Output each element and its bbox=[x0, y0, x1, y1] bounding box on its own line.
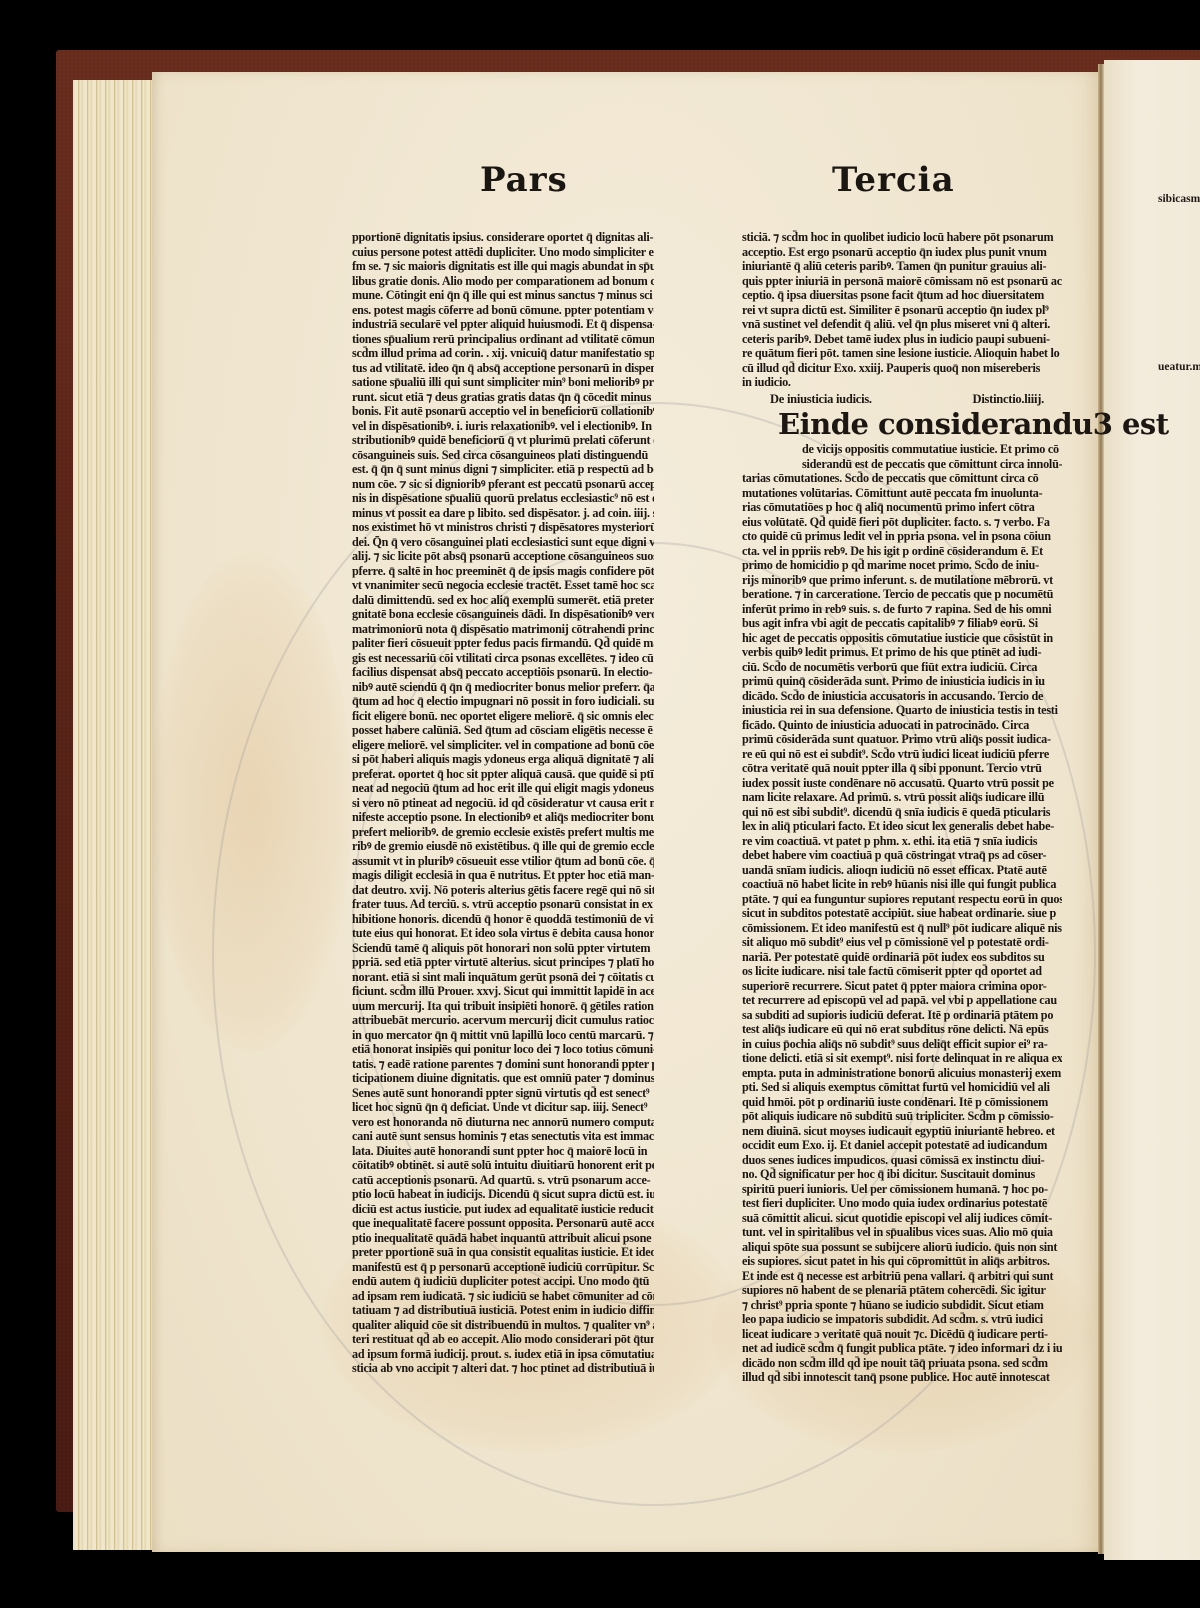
text-line: mune. Cōtingit eni q̄n q̄ ille qui est m… bbox=[352, 288, 654, 303]
text-line: eis supiores. sicut patet in his qui cōp… bbox=[742, 1254, 1062, 1269]
next-page-fragment: sibicasmit⁊ tecanead hctaspellfcz vintef… bbox=[1104, 60, 1200, 1560]
text-line: Senes autē sunt honorandi ppter signū vi… bbox=[352, 1086, 654, 1101]
text-line: tarias cōmutationes. Scd̄o de peccatis q… bbox=[742, 471, 1062, 486]
text-line: Et inde est q̄ necesse est arbitriū pena… bbox=[742, 1269, 1062, 1284]
text-line: etiā honorat insipiēs qui ponitur loco d… bbox=[352, 1042, 654, 1057]
text-line: supiores nō habent de se plenariā ptātem… bbox=[742, 1283, 1062, 1298]
text-line: dei. Q̄n q̄ vero cōsanguinei plati eccle… bbox=[352, 535, 654, 550]
text-line: net ad iudicē scd̄m q̄ fungit publica pt… bbox=[742, 1341, 1062, 1356]
text-line: minus vt possit ea dare p libito. sed di… bbox=[352, 506, 654, 521]
text-line: leo papa iudicio se impatoris subdidit. … bbox=[742, 1312, 1062, 1327]
text-line: tute eius qui honorat. Et ideo sola virt… bbox=[352, 926, 654, 941]
text-line: gis est necessariū cōi vtilitati circa p… bbox=[352, 651, 654, 666]
text-column-right: sticiā. ⁊ scd̄m hoc in quolibet iudicio … bbox=[742, 230, 1062, 1385]
text-line: preferat. oportet q̄ hoc sit ppter aliqu… bbox=[352, 767, 654, 782]
text-line: re eū qui nō est ei subdit⁹. Scd̄o vtrū … bbox=[742, 747, 1062, 762]
text-line: attribuebāt mercurio. acervum mercurij d… bbox=[352, 1013, 654, 1028]
text-line: siderandū est de peccatis que cōmittunt … bbox=[802, 457, 1062, 472]
running-head-left: Pars bbox=[480, 160, 568, 200]
text-line: empta. puta in administratione bonorū al… bbox=[742, 1066, 1062, 1081]
text-line: bus agit infra vbi agit de peccatis capi… bbox=[742, 616, 1062, 631]
text-line: cū illud qd̄ dicitur Exo. xxiij. Pauperi… bbox=[742, 361, 1062, 376]
text-line: hibitione honoris. dicendū q̄ honor ē qu… bbox=[352, 912, 654, 927]
text-line: quis ppter iniuriā in personā maiorē cōm… bbox=[742, 274, 1062, 289]
text-line: ptio inequalitatē quādā habet inquantū a… bbox=[352, 1231, 654, 1246]
text-line: dat deutro. xvij. Nō poteris alterius gē… bbox=[352, 883, 654, 898]
text-line: acceptio. Est ergo psonarū acceptio q̄n … bbox=[742, 245, 1062, 260]
text-line: industriā secularē vel ppter aliquid hui… bbox=[352, 317, 654, 332]
text-line: uum mercurij. Ita qui tribuit insipiēti … bbox=[352, 999, 654, 1014]
text-line: pferre. q̄ saltē in hoc preeminēt q̄ de … bbox=[352, 564, 654, 579]
text-line: test aliq̄s iudicare eū qui nō erat subd… bbox=[742, 1022, 1062, 1037]
text-line: mit bbox=[1191, 193, 1200, 205]
text-line: mutationes volūtarias. Cōmittunt autē pe… bbox=[742, 486, 1062, 501]
text-line: bonis. Fit autē psonarū acceptio vel in … bbox=[352, 404, 654, 419]
text-line: vnā sustinet vel defendit q̄ aliū. vel q… bbox=[742, 317, 1062, 332]
text-line: ueatur. bbox=[1158, 361, 1192, 373]
text-line: cōtra veritatē quā nouit ppter illa q̄ s… bbox=[742, 761, 1062, 776]
text-line: neat ad negociū q̄tum ad hoc erit ille q… bbox=[352, 781, 654, 796]
text-line: scd̄m illud prima ad corin. . xij. vnicu… bbox=[352, 346, 654, 361]
text-line: si pōt haberi aliquis magis ydoneus erga… bbox=[352, 752, 654, 767]
text-line: inferūt primo in rebꝰ suis. s. de furto … bbox=[742, 602, 1062, 617]
text-line: ad ipsum formā iudicij. prout. s. iudex … bbox=[352, 1347, 654, 1362]
text-line: debet habere vim coactiuā p quā cōstring… bbox=[742, 848, 1062, 863]
text-line: tatis. ⁊ eadē ratione parentes ⁊ domini … bbox=[352, 1057, 654, 1072]
text-line: sibi bbox=[1158, 193, 1175, 205]
text-line: ceteris paribꝰ. Debet tamē iudex plus in… bbox=[742, 332, 1062, 347]
text-line: iudex possit iuste condēnare nō accusatū… bbox=[742, 776, 1062, 791]
text-line: que inequalitatē facere possunt opposita… bbox=[352, 1216, 654, 1231]
text-line: ceptio. q̄ ipsa diuersitas psone facit q… bbox=[742, 288, 1062, 303]
text-line: tus ad vtilitatē. ideo q̄n q̄ absq̄ acce… bbox=[352, 361, 654, 376]
text-line: primo de homicidio p qd̄ marime nocet pr… bbox=[742, 558, 1062, 573]
text-line: sa subditi ad supioris iudiciū deferat. … bbox=[742, 1008, 1062, 1023]
text-line: ciū. Scd̄o de nocumētis verborū que fiūt… bbox=[742, 660, 1062, 675]
text-line: coactiuā nō habet licite in rebꝰ hūanis … bbox=[742, 877, 1062, 892]
text-line: posset habere calūniā. Sed q̄tum ad cōsc… bbox=[352, 723, 654, 738]
text-line: matrimoniorū nota q̄ dispēsatio matrimon… bbox=[352, 622, 654, 637]
text-line: ens. potest magis cōferre ad bonū cōmune… bbox=[352, 303, 654, 318]
text-line: superiorē recurrere. Sicut patet q̄ ppte… bbox=[742, 979, 1062, 994]
text-line: quid hmōi. pōt p ordinariū iuste condēna… bbox=[742, 1095, 1062, 1110]
chapter-subheading: De iniusticia iudicis. Distinctio.liiij. bbox=[742, 392, 1062, 407]
text-line: in iudicio. bbox=[742, 375, 1062, 390]
text-line: tet recurrere ad episcopū vel ad papā. v… bbox=[742, 993, 1062, 1008]
text-line: pōt aliquis iudicare nō subditū suū trip… bbox=[742, 1109, 1062, 1124]
book-photograph: sibicasmit⁊ tecanead hctaspellfcz vintef… bbox=[0, 0, 1200, 1608]
text-line: pti. Sed si aliquis exemptus cōmittat fu… bbox=[742, 1080, 1062, 1095]
text-line: ptio locū habeat in iudicijs. Dicendū q̄… bbox=[352, 1187, 654, 1202]
text-line: nariā. Per potestatē quidē ordinariā pōt… bbox=[742, 950, 1062, 965]
next-page-text: sibicasmit⁊ tecanead hctaspellfcz vintef… bbox=[1158, 192, 1200, 374]
text-line: ⁊ christ⁹ ppria sponte ⁊ hūano se iudici… bbox=[742, 1298, 1062, 1313]
text-line: dicādo non scd̄m illd qd̄ ipe nouit tāq̄… bbox=[742, 1356, 1062, 1371]
text-line: no. Qd̄ significatur per hoc q̄ ibi dici… bbox=[742, 1167, 1062, 1182]
text-line: satione sp̄ualiū illi qui sunt simplicit… bbox=[352, 375, 654, 390]
text-line: tunt. vel in spiritalibus vel in sp̄uali… bbox=[742, 1225, 1062, 1240]
text-line: manifestū est q̄ p personarū acceptionē … bbox=[352, 1260, 654, 1275]
text-line: ticipationem diuine dignitatis. que est … bbox=[352, 1071, 654, 1086]
text-line: vel in dispēsationibꝰ. i. iuris relaxati… bbox=[352, 419, 654, 434]
text-line: libus gratie donis. Alio modo per compar… bbox=[352, 274, 654, 289]
text-line: sticia ab vno accipit ⁊ alteri dat. ⁊ ho… bbox=[352, 1361, 654, 1376]
text-line: diciū est actus iusticie. put iudex ad e… bbox=[352, 1202, 654, 1217]
text-line: illud qd̄ sibi innotescit tanq̄ psone pu… bbox=[742, 1370, 1062, 1385]
text-line: cto quidē cū primus ledit vel in ppria p… bbox=[742, 529, 1062, 544]
text-line: sticiā. ⁊ scd̄m hoc in quolibet iudicio … bbox=[742, 230, 1062, 245]
text-line: hic aget de peccatis oppositis cōmutatiu… bbox=[742, 631, 1062, 646]
text-line: de vicijs oppositis commutatiue iusticie… bbox=[802, 442, 1062, 457]
text-line: eius volūtatē. Qd̄ quidē fieri pōt dupli… bbox=[742, 515, 1062, 530]
text-line: preter pportionē suā in qua consistit eq… bbox=[352, 1245, 654, 1260]
text-line: in quo mercator q̄n q̄ mittit vnū lapill… bbox=[352, 1028, 654, 1043]
text-line: rias cōmutatiōes p hoc q̄ aliq̄ nocument… bbox=[742, 500, 1062, 515]
text-line: iniusticia rei in sua defensione. Quarto… bbox=[742, 703, 1062, 718]
text-line: spiritū pueri iunioris. Uel per cōmissio… bbox=[742, 1182, 1062, 1197]
text-line: magis diligit ecclesiā in qua ē nutritus… bbox=[352, 868, 654, 883]
text-line: fm se. ⁊ sic maioris dignitatis est ille… bbox=[352, 259, 654, 274]
text-line: sicut in subditos potestatē accipiūt. si… bbox=[742, 906, 1062, 921]
text-line: num cōe. ⁊ sic si dignioribꝰ pferant est… bbox=[352, 477, 654, 492]
text-line: occidit eum Exo. ij. Et daniel accepit p… bbox=[742, 1138, 1062, 1153]
text-line: primū quinq̄ cōsiderāda sunt. Primo de i… bbox=[742, 674, 1062, 689]
text-line: test fieri dupliciter. Uno modo quia iud… bbox=[742, 1196, 1062, 1211]
text-line: tiones sp̄ualium rerū principalius ordin… bbox=[352, 332, 654, 347]
running-head-right: Tercia bbox=[832, 160, 955, 200]
text-line: ad ipsam rem iudicatā. ⁊ sic iudiciū se … bbox=[352, 1289, 654, 1304]
subheading-title: De iniusticia iudicis. bbox=[770, 392, 872, 407]
text-line: vt vnanimiter secū negocia ecclesie trac… bbox=[352, 578, 654, 593]
text-line: alij. ⁊ sic licite pōt absq̄ psonarū acc… bbox=[352, 549, 654, 564]
text-line: runt. sicut etiā ⁊ deus gratias gratis d… bbox=[352, 390, 654, 405]
text-line: modo fi bbox=[1192, 361, 1200, 373]
text-line: rei vt supra dictū est. Similiter ē pson… bbox=[742, 303, 1062, 318]
text-line: nis in dispēsatione sp̄ualiū quorū prela… bbox=[352, 491, 654, 506]
text-line: facilius dispensat absq̄ peccato accepti… bbox=[352, 665, 654, 680]
text-line: nifeste acceptio psone. In electionibꝰ e… bbox=[352, 810, 654, 825]
text-line: cōitatibꝰ obtinēt. si autē solū intuitu … bbox=[352, 1158, 654, 1173]
text-line: nam licite relaxare. Ad primū. s. vtrū p… bbox=[742, 790, 1062, 805]
text-line: tione delicti. etiā si sit exempt⁹. nisi… bbox=[742, 1051, 1062, 1066]
text-line: ribꝰ de gremio eiusdē nō existētibus. q̄… bbox=[352, 839, 654, 854]
text-line: ppriā. sed etiā ppter virtutē alterius. … bbox=[352, 955, 654, 970]
text-column-left: pportionē dignitatis ipsius. considerare… bbox=[352, 230, 654, 1376]
text-line: duos senes iudices impudicos. quasi cōmi… bbox=[742, 1153, 1062, 1168]
text-line: tatiuam ⁊ ad distributiuā iusticiā. Pote… bbox=[352, 1303, 654, 1318]
text-line: frater tuus. Ad terciū. s. vtrū acceptio… bbox=[352, 897, 654, 912]
text-line: endū autem q̄ iudiciū dupliciter potest … bbox=[352, 1274, 654, 1289]
text-line: cani autē sunt sensus hominis ⁊ etas sen… bbox=[352, 1129, 654, 1144]
text-line: nos existimet hō vt ministros christi ⁊ … bbox=[352, 520, 654, 535]
text-line: nem diuinā. sicut moyses iudicauit egypt… bbox=[742, 1124, 1062, 1139]
text-line: paliter fieri cōsueuit ppter fedus pacis… bbox=[352, 636, 654, 651]
text-line: vero est honoranda nō diuturna nec annor… bbox=[352, 1115, 654, 1130]
text-line: catū acceptionis psonarū. Ad quartū. s. … bbox=[352, 1173, 654, 1188]
text-line: prefert melioribꝰ. de gremio ecclesie ex… bbox=[352, 825, 654, 840]
text-line: cas bbox=[1175, 193, 1190, 205]
text-line: re quātum fieri pōt. tamen sine lesione … bbox=[742, 346, 1062, 361]
text-line: gnitatē bona ecclesie cōsanguineis dādi.… bbox=[352, 607, 654, 622]
text-line: licet hoc signū q̄n q̄ deficiat. Unde vt… bbox=[352, 1100, 654, 1115]
text-line: ptāte. ⁊ qui ea funguntur supiores reput… bbox=[742, 892, 1062, 907]
display-heading: Einde considerandu3 est bbox=[778, 406, 1062, 442]
text-line: beratione. ⁊ in carceratione. Tercio de … bbox=[742, 587, 1062, 602]
text-line: lata. Diuites autē honorandi sunt ppter … bbox=[352, 1144, 654, 1159]
text-line: uandā snīam iudicis. alioqn iudiciū nō e… bbox=[742, 863, 1062, 878]
text-line: pportionē dignitatis ipsius. considerare… bbox=[352, 230, 654, 245]
text-line: verbis quibꝰ ledit primus. Et primo de h… bbox=[742, 645, 1062, 660]
text-line: dicādo. Scd̄o de iniusticia accusatoris … bbox=[742, 689, 1062, 704]
text-line: liceat iudicare ɔ veritatē quā nouit ⁊c.… bbox=[742, 1327, 1062, 1342]
text-line: lex in aliq̄ pticulari facto. Et ideo si… bbox=[742, 819, 1062, 834]
text-line: ficādo. Quinto de iniusticia aduocati in… bbox=[742, 718, 1062, 733]
text-line: norant. etiā si sint mali inquātum gerūt… bbox=[352, 970, 654, 985]
text-line: qui nō est sibi subdit⁹. dicendū q̄ snīa… bbox=[742, 805, 1062, 820]
text-line: aliqui spōte sua possunt se subijcere al… bbox=[742, 1240, 1062, 1255]
text-line: primū cōsiderāda sunt quatuor. Primo vtr… bbox=[742, 732, 1062, 747]
text-line: teri restituat qd̄ ab eo accepit. Alio m… bbox=[352, 1332, 654, 1347]
text-line: in cuius p̄ochia aliq̄s nō subdit⁹ suus … bbox=[742, 1037, 1062, 1052]
text-line: re vim coactiuā. vt patet p phm. x. ethi… bbox=[742, 834, 1062, 849]
distinctio-number: Distinctio.liiij. bbox=[973, 392, 1044, 407]
text-line: assumit vt in pluribꝰ cōsueuit esse vtil… bbox=[352, 854, 654, 869]
text-line: suā cōmittit alicui. sicut quotidie epis… bbox=[742, 1211, 1062, 1226]
text-line: eligere meliorē. vel simpliciter. vel in… bbox=[352, 738, 654, 753]
text-line: sit aliquo mō subdit⁹ eius vel p cōmissi… bbox=[742, 935, 1062, 950]
text-line: ficiunt. scd̄m illū Prouer. xxvj. Sicut … bbox=[352, 984, 654, 999]
text-line: nibꝰ autē sciendū q̄ q̄n q̄ mediocriter … bbox=[352, 680, 654, 695]
text-line: cta. vel in ppriis rebꝰ. De his igit p o… bbox=[742, 544, 1062, 559]
text-line: cōsanguineis suis. Sed circa cōsanguineo… bbox=[352, 448, 654, 463]
text-line: rijs minoribꝰ que primo inferunt. s. de … bbox=[742, 573, 1062, 588]
text-line: iniuriantē q̄ aliū ceteris paribꝰ. Tamen… bbox=[742, 259, 1062, 274]
text-line: stributionibꝰ quidē beneficiorū q̄ vt pl… bbox=[352, 433, 654, 448]
text-line: dalū dimittendū. sed ex hoc aliq̄ exempl… bbox=[352, 593, 654, 608]
text-line: os licite iudicare. nisi tale factū cōmi… bbox=[742, 964, 1062, 979]
text-line: si vero nō ptineat ad negociū. id qd̄ cō… bbox=[352, 796, 654, 811]
text-line: cōmissionem. Et ideo manifestū est q̄ nu… bbox=[742, 921, 1062, 936]
text-line: cuius persone potest attēdi dupliciter. … bbox=[352, 245, 654, 260]
text-line: q̄tum ad hoc q̄ electio impugnari nō pos… bbox=[352, 694, 654, 709]
text-line: est. q̄ q̄n q̄ sunt minus digni ⁊ simpli… bbox=[352, 462, 654, 477]
text-line: Sciendū tamē q̄ aliquis pōt honorari non… bbox=[352, 941, 654, 956]
text-line: ficit eligere bonū. nec oportet eligere … bbox=[352, 709, 654, 724]
text-line: qualiter aliquid cōe sit distribuendū in… bbox=[352, 1318, 654, 1333]
